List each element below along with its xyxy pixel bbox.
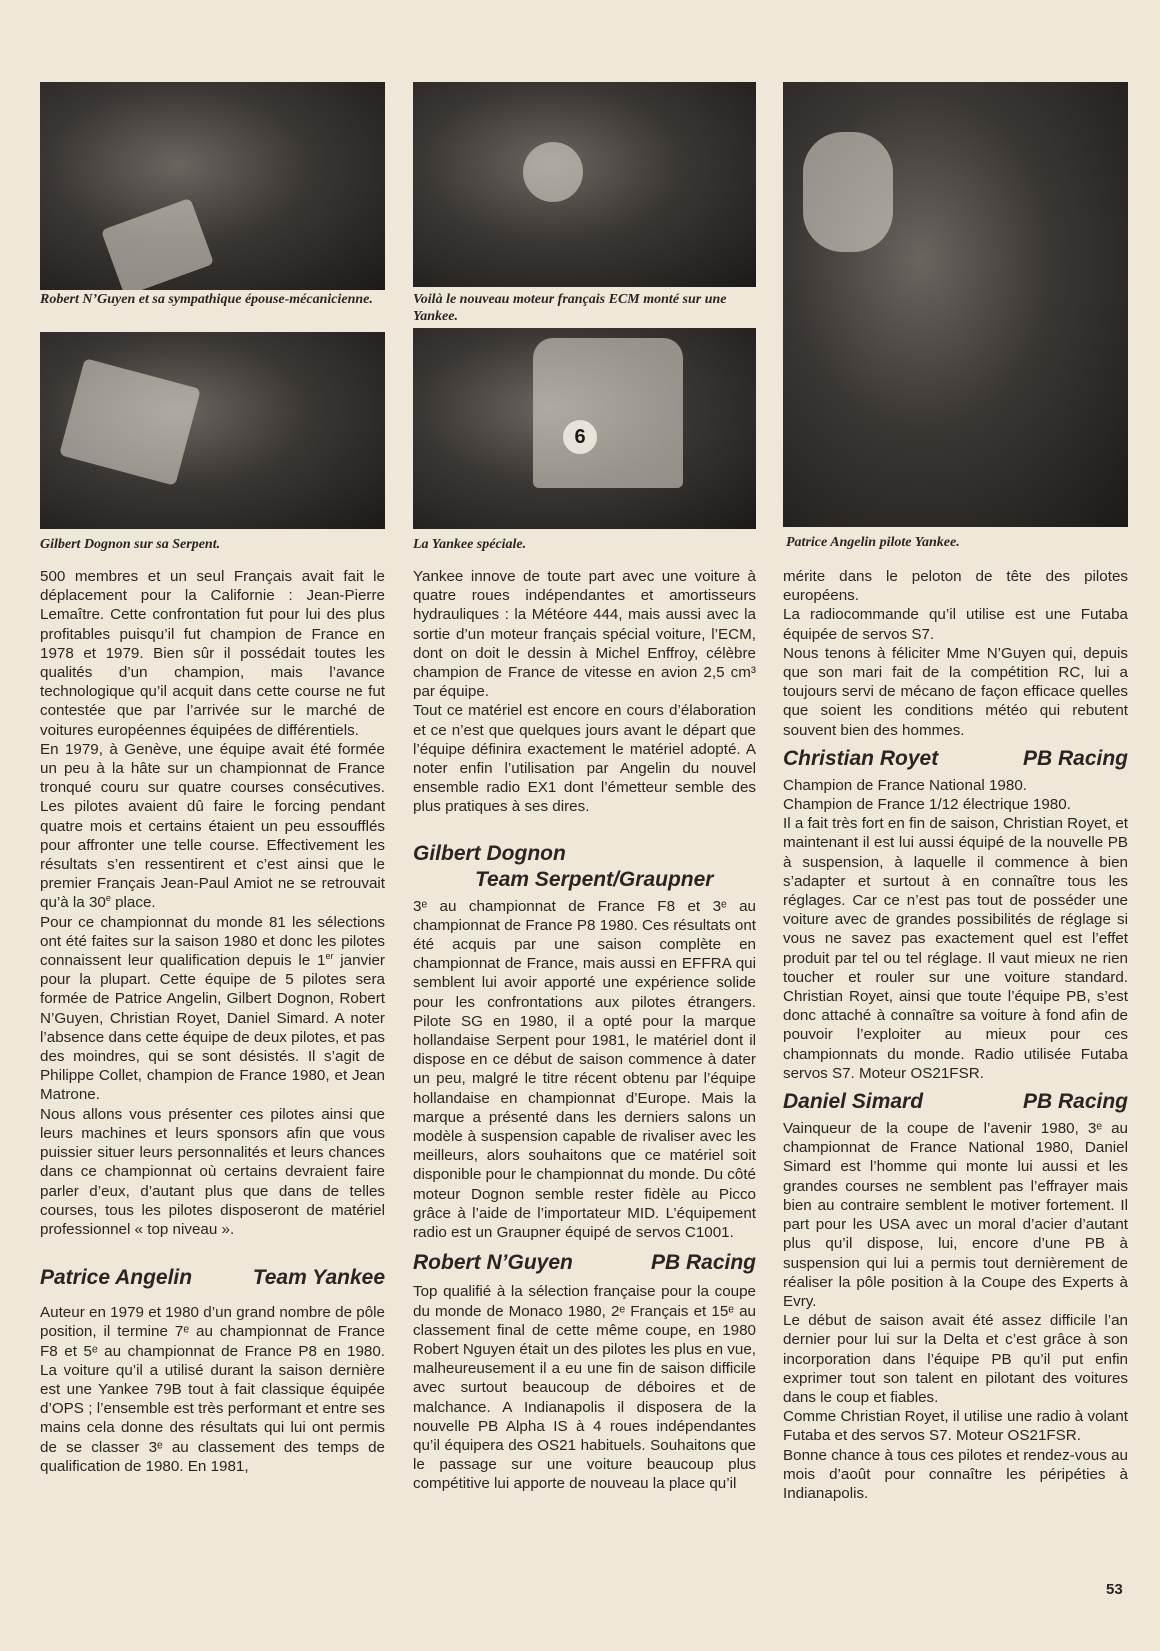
article-column-2: Yankee innove de toute part avec une voi… <box>413 567 756 1494</box>
paragraph: mérite dans le peloton de tête des pilot… <box>783 567 1128 605</box>
section-heading-gilbert-dognon: Gilbert DognonTeam Serpent/Graupner <box>413 841 756 893</box>
paragraph: En 1979, à Genève, une équipe avait été … <box>40 740 385 913</box>
paragraph: Champion de France 1/12 électrique 1980. <box>783 795 1128 814</box>
paragraph: Bonne chance à tous ces pilotes et rende… <box>783 1446 1128 1504</box>
caption-gilbert-dognon: Gilbert Dognon sur sa Serpent. <box>40 536 385 553</box>
paragraph: Vainqueur de la coupe de l’avenir 1980, … <box>783 1119 1128 1311</box>
section-heading-robert-nguyen: Robert N’GuyenPB Racing <box>413 1250 756 1276</box>
paragraph: Nous tenons à féliciter Mme N’Guyen qui,… <box>783 644 1128 740</box>
paragraph: Comme Christian Royet, il utilise une ra… <box>783 1407 1128 1445</box>
caption-robert-nguyen: Robert N’Guyen et sa sympathique épouse-… <box>40 291 385 308</box>
car-number-badge: 6 <box>563 420 597 454</box>
section-heading-christian-royet: Christian RoyetPB Racing <box>783 746 1128 772</box>
paragraph: Tout ce matériel est encore en cours d’é… <box>413 701 756 816</box>
section-heading-patrice-angelin: Patrice AngelinTeam Yankee <box>40 1265 385 1291</box>
paragraph: Pour ce championnat du monde 81 les séle… <box>40 913 385 1105</box>
paragraph: 3ᵉ au championnat de France F8 et 3ᵉ au … <box>413 897 756 1243</box>
photo-ecm-engine <box>413 82 756 287</box>
paragraph: Nous allons vous présenter ces pilotes a… <box>40 1105 385 1239</box>
caption-ecm-engine: Voilà le nouveau moteur français ECM mon… <box>413 291 756 325</box>
paragraph: Il a fait très fort en fin de saison, Ch… <box>783 814 1128 1083</box>
paragraph: Top qualifié à la sélection française po… <box>413 1282 756 1493</box>
caption-patrice-angelin: Patrice Angelin pilote Yankee. <box>786 534 1131 551</box>
photo-patrice-angelin <box>783 82 1128 527</box>
paragraph: Yankee innove de toute part avec une voi… <box>413 567 756 701</box>
section-heading-daniel-simard: Daniel SimardPB Racing <box>783 1089 1128 1115</box>
paragraph: Auteur en 1979 et 1980 d’un grand nombre… <box>40 1303 385 1476</box>
photo-robert-nguyen <box>40 82 385 290</box>
article-column-1: 500 membres et un seul Français avait fa… <box>40 567 385 1476</box>
paragraph: Le début de saison avait été assez diffi… <box>783 1311 1128 1407</box>
caption-yankee-speciale: La Yankee spéciale. <box>413 536 756 553</box>
paragraph: La radiocommande qu’il utilise est une F… <box>783 605 1128 643</box>
page-number: 53 <box>1106 1581 1123 1598</box>
photo-yankee-speciale: 6 <box>413 328 756 529</box>
paragraph: Champion de France National 1980. <box>783 776 1128 795</box>
paragraph: 500 membres et un seul Français avait fa… <box>40 567 385 740</box>
article-column-3: mérite dans le peloton de tête des pilot… <box>783 567 1128 1503</box>
photo-gilbert-dognon <box>40 332 385 529</box>
